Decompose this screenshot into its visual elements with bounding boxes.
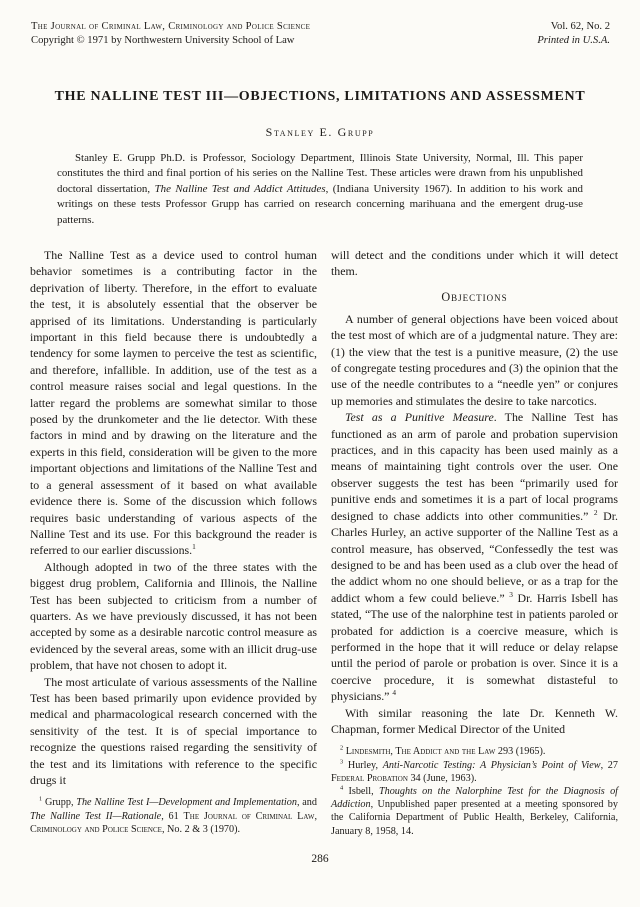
paragraph: A number of general objections have been… [331, 311, 618, 409]
article-author: Stanley E. Grupp [0, 125, 640, 140]
printed-in-line: Printed in U.S.A. [537, 34, 610, 48]
volume-info: Vol. 62, No. 2 [537, 20, 610, 34]
paragraph: The Nalline Test as a device used to con… [30, 247, 317, 559]
right-column: will detect and the conditions under whi… [331, 247, 618, 869]
journal-name: The Journal of Criminal Law, Criminology… [31, 20, 310, 34]
article-title: THE NALLINE TEST III—OBJECTIONS, LIMITAT… [0, 89, 640, 105]
left-column: The Nalline Test as a device used to con… [30, 247, 317, 869]
paragraph-continuation: will detect and the conditions under whi… [331, 247, 618, 280]
right-footnotes: 2 Lindesmith, The Addict and the Law 293… [331, 745, 618, 837]
masthead-right: Vol. 62, No. 2 Printed in U.S.A. [537, 20, 610, 48]
paragraph: The most articulate of various assessmen… [30, 674, 317, 789]
copyright-line: Copyright © 1971 by Northwestern Univers… [31, 34, 310, 48]
section-heading-objections: Objections [331, 290, 618, 305]
footnote-2: 2 Lindesmith, The Addict and the Law 293… [331, 745, 618, 758]
paragraph: Test as a Punitive Measure. The Nalline … [331, 409, 618, 704]
masthead: The Journal of Criminal Law, Criminology… [31, 20, 610, 48]
abstract: Stanley E. Grupp Ph.D. is Professor, Soc… [57, 151, 583, 228]
left-footnotes: 1 Grupp, The Nalline Test I—Development … [30, 796, 317, 836]
paragraph: Although adopted in two of the three sta… [30, 559, 317, 674]
masthead-left: The Journal of Criminal Law, Criminology… [31, 20, 310, 48]
page-number: 286 [0, 853, 640, 865]
journal-page: The Journal of Criminal Law, Criminology… [0, 0, 640, 907]
footnote-3: 3 Hurley, Anti-Narcotic Testing: A Physi… [331, 759, 618, 785]
footnote-1: 1 Grupp, The Nalline Test I—Development … [30, 796, 317, 836]
footnote-4: 4 Isbell, Thoughts on the Nalorphine Tes… [331, 785, 618, 838]
paragraph: With similar reasoning the late Dr. Kenn… [331, 705, 618, 738]
body-columns: The Nalline Test as a device used to con… [30, 247, 618, 869]
